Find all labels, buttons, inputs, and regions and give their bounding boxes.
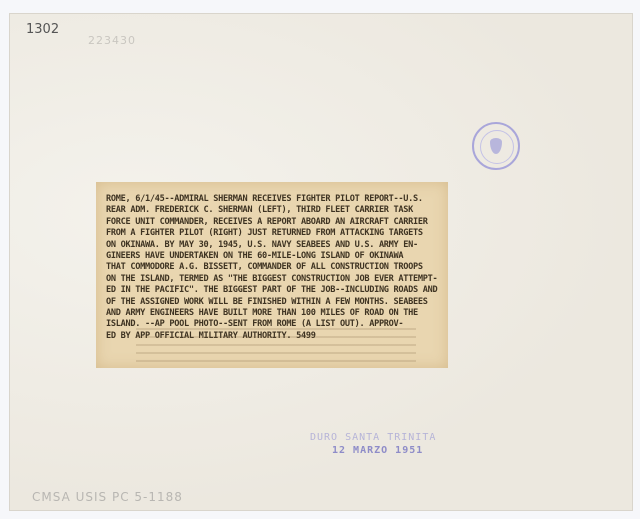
date-stamp-line-1: DURO SANTA TRINITA [310, 432, 436, 443]
archive-reference-annotation: CMSA USIS PC 5-1188 [32, 490, 183, 504]
handwritten-number: 1302 [26, 22, 59, 37]
caption-text: ROME, 6/1/45--ADMIRAL SHERMAN RECEIVES F… [106, 194, 440, 342]
seal-stamp-icon [472, 122, 520, 170]
date-stamp-line-2: 12 MARZO 1951 [332, 445, 423, 456]
faint-pencil-number: 223430 [88, 34, 136, 47]
faded-text-remnant [136, 322, 416, 362]
caption-clipping: ROME, 6/1/45--ADMIRAL SHERMAN RECEIVES F… [96, 182, 448, 368]
